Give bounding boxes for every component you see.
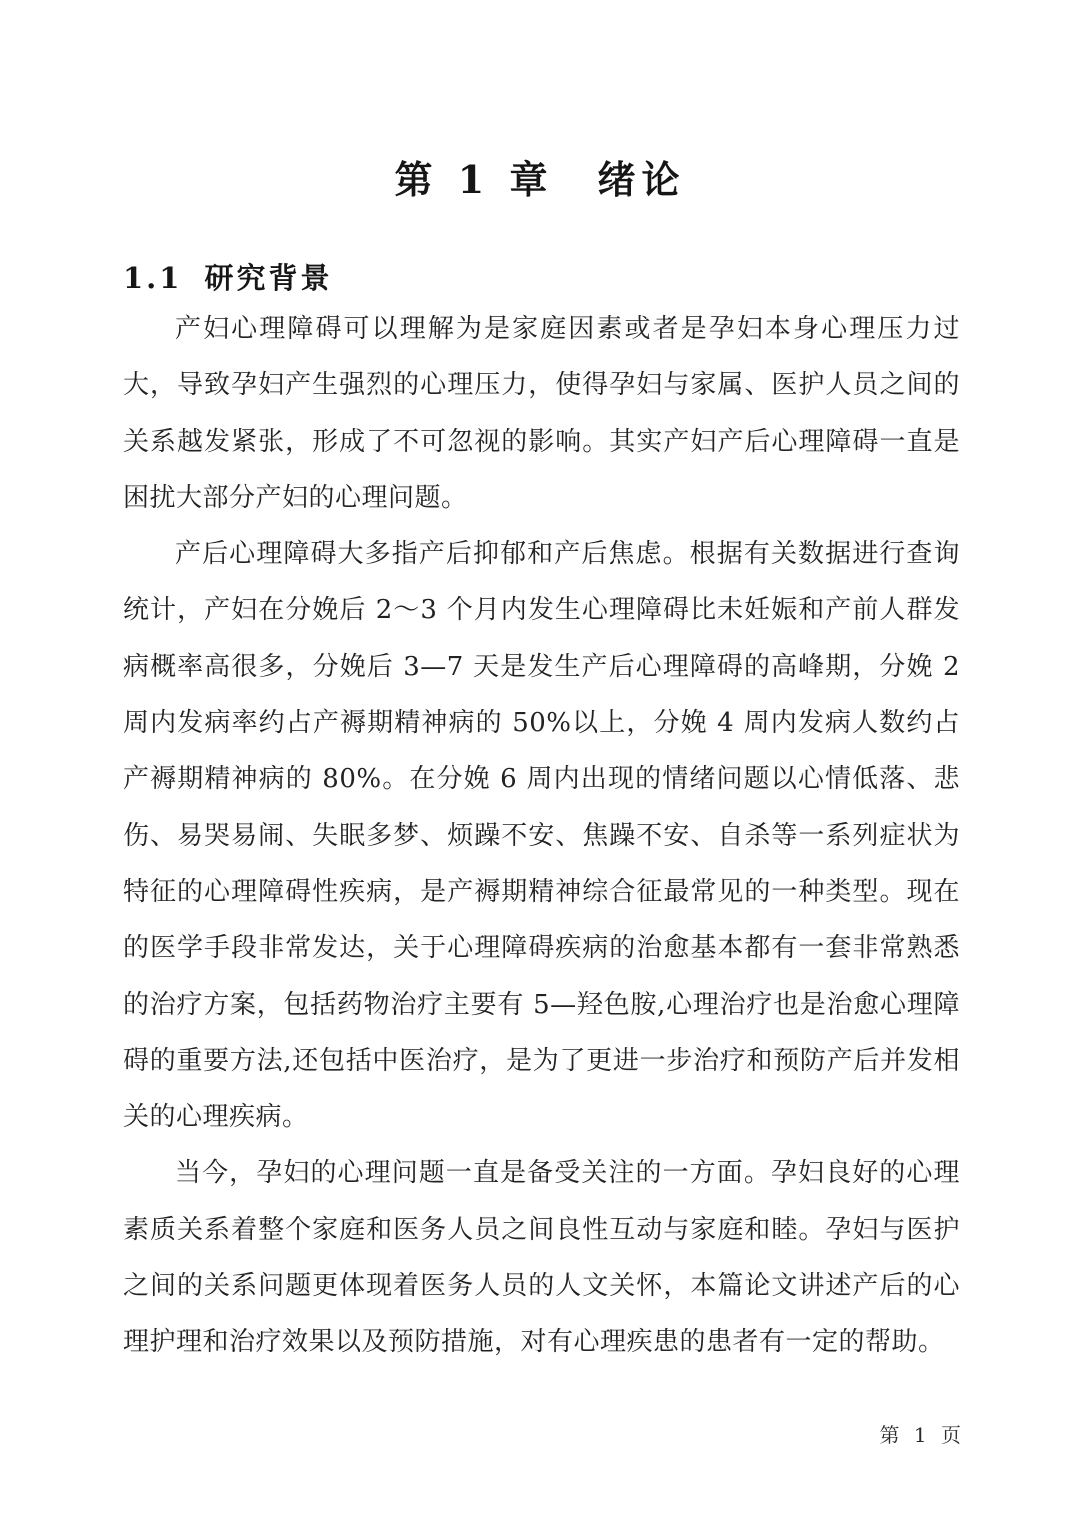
section-title: 研究背景 [204,261,332,295]
chapter-title: 第 1 章 绪论 [0,155,1080,205]
body-text: 产妇心理障碍可以理解为是家庭因素或者是孕妇本身心理压力过大，导致孕妇产生强烈的心… [123,301,960,1371]
body-paragraph: 当今，孕妇的心理问题一直是备受关注的一方面。孕妇良好的心理素质关系着整个家庭和医… [123,1145,960,1370]
document-page: 第 1 章 绪论 1.1研究背景 产妇心理障碍可以理解为是家庭因素或者是孕妇本身… [0,0,1080,1527]
section-heading: 1.1研究背景 [123,260,332,296]
section-number: 1.1 [123,261,182,295]
page-number: 第 1 页 [880,1421,965,1449]
body-paragraph: 产后心理障碍大多指产后抑郁和产后焦虑。根据有关数据进行查询统计，产妇在分娩后 2… [123,526,960,1145]
body-paragraph: 产妇心理障碍可以理解为是家庭因素或者是孕妇本身心理压力过大，导致孕妇产生强烈的心… [123,301,960,526]
